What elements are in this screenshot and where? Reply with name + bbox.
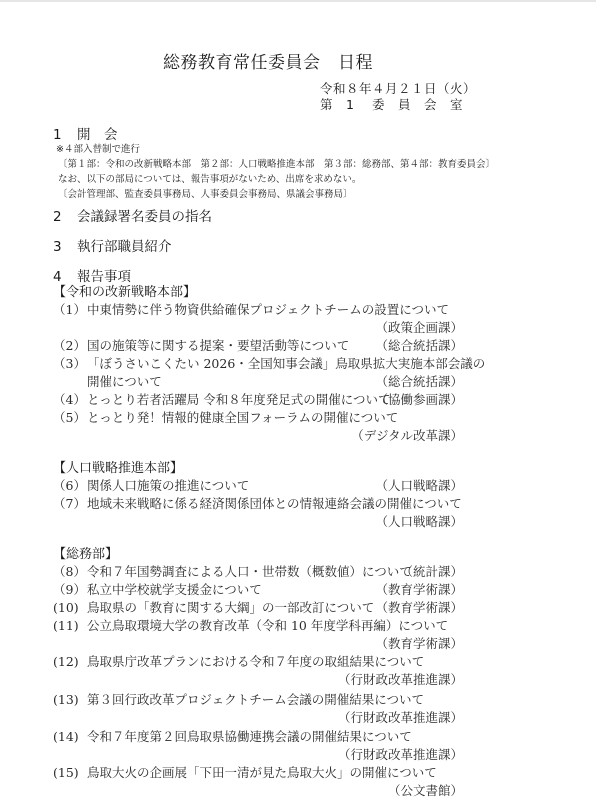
section-1-note: なお、以下の部局については、報告事項がないため、出席を求めない。 [58, 171, 361, 185]
list-item: (15)鳥取大火の企画展「下田一清が見た鳥取大火」の開催について [53, 763, 437, 781]
item-text: 鳥取県庁改革プランにおける令和７年度の取組結果について [87, 654, 424, 669]
item-text: 私立中学校就学支援金について [87, 582, 262, 597]
item-index: （7） [53, 494, 87, 512]
item-index: （2） [53, 336, 87, 354]
item-dept: （協働参画課） [375, 390, 463, 408]
list-item: （1）中東情勢に伴う物資供給確保プロジェクトチームの設置について [53, 300, 449, 318]
item-text: 「ぼうさいこくたい 2026・全国知事会議」鳥取県拡大実施本部会議の [87, 356, 485, 371]
item-dept: （教育学術課） [375, 634, 463, 652]
item-index: （3） [53, 354, 87, 372]
page-title: 総務教育常任委員会 日程 [163, 48, 373, 73]
list-item: （5）とっとり発！情報的健康全国フォーラムの開催について [53, 408, 398, 426]
list-item: (13)第３回行政改革プロジェクトチーム会議の開催結果について [53, 690, 424, 708]
room-char: 第 [320, 95, 346, 113]
list-item: （7）地域未来戦略に係る経済関係団体との情報連絡会議の開催について [53, 494, 462, 512]
item-text: とっとり若者活躍局 令和８年度発足式の開催について [87, 392, 390, 407]
item-dept: （公文書館） [388, 781, 463, 799]
item-text: 関係人口施策の推進について [87, 478, 249, 493]
section-2-heading: 2会議録署名委員の指名 [53, 205, 212, 225]
section-number: 2 [53, 209, 77, 225]
item-dept: （行財政改革推進課） [338, 745, 463, 763]
item-dept: （人口戦略課） [375, 512, 463, 530]
list-item: （2）国の施策等に関する提案・要望活動等について [53, 336, 349, 354]
room-char: 委 [372, 95, 398, 113]
room-char: 会 [424, 95, 450, 113]
room-char: 1 [346, 97, 372, 112]
list-item: (12)鳥取県庁改革プランにおける令和７年度の取組結果について [53, 652, 424, 670]
item-dept: （統計課） [400, 562, 463, 580]
item-index: （5） [53, 408, 87, 426]
item-index: (12) [53, 654, 87, 669]
item-text: とっとり発！情報的健康全国フォーラムの開催について [87, 410, 398, 425]
section-title: 執行部職員紹介 [77, 239, 172, 255]
section-1-note: 〔第１部：令和の改新戦略本部 第２部：人口戦略推進本部 第３部：総務部、第４部：… [58, 156, 495, 170]
list-item: （3）「ぼうさいこくたい 2026・全国知事会議」鳥取県拡大実施本部会議の [53, 354, 485, 372]
item-index: (15) [53, 765, 87, 780]
top-border [0, 0, 596, 2]
list-item: （4）とっとり若者活躍局 令和８年度発足式の開催について [53, 390, 390, 408]
item-index: （8） [53, 562, 87, 580]
section-1-heading: 1開 会 [53, 123, 118, 143]
item-index: (11) [53, 618, 87, 633]
group-heading: 【令和の改新戦略本部】 [53, 281, 196, 300]
item-index: （4） [53, 390, 87, 408]
item-dept: （行財政改革推進課） [338, 670, 463, 688]
room-char: 室 [450, 95, 476, 113]
item-index: (10) [53, 600, 87, 615]
item-dept: （行財政改革推進課） [338, 708, 463, 726]
item-continuation: 開催について [87, 372, 162, 390]
item-text: 公立鳥取環境大学の教育改革（令和 10 年度学科再編）について [87, 618, 448, 633]
item-dept: （教育学術課） [375, 580, 463, 598]
room-char: 員 [398, 95, 424, 113]
item-text: 鳥取県の「教育に関する大綱」の一部改訂について [87, 600, 374, 615]
meeting-room: 第1委員会室 [320, 95, 476, 113]
list-item: （9）私立中学校就学支援金について [53, 580, 262, 598]
item-dept: （デジタル改革課） [351, 426, 463, 444]
section-3-heading: 3執行部職員紹介 [53, 235, 172, 255]
list-item: (10)鳥取県の「教育に関する大綱」の一部改訂について [53, 598, 374, 616]
section-title: 会議録署名委員の指名 [77, 209, 212, 225]
list-item: （6）関係人口施策の推進について [53, 476, 249, 494]
section-1-note: 〔会計管理部、監査委員事務局、人事委員会事務局、県議会事務局〕 [58, 186, 353, 200]
group-heading: 【人口戦略推進本部】 [53, 457, 183, 476]
group-heading: 【総務部】 [53, 543, 118, 562]
item-text: 国の施策等に関する提案・要望活動等について [87, 338, 349, 353]
item-dept: （総合統括課） [375, 336, 463, 354]
item-dept: （教育学術課） [375, 598, 463, 616]
section-1-note: ※４部入替制で進行 [56, 141, 140, 155]
item-index: (13) [53, 692, 87, 707]
item-text: 第３回行政改革プロジェクトチーム会議の開催結果について [87, 692, 424, 707]
list-item: （8）令和７年国勢調査による人口・世帯数（概数値）について [53, 562, 412, 580]
item-index: （1） [53, 300, 87, 318]
section-number: 3 [53, 239, 77, 255]
item-text: 令和７年国勢調査による人口・世帯数（概数値）について [87, 564, 412, 579]
item-dept: （人口戦略課） [375, 476, 463, 494]
item-index: （9） [53, 580, 87, 598]
item-text: 地域未来戦略に係る経済関係団体との情報連絡会議の開催について [87, 496, 462, 511]
list-item: (11)公立鳥取環境大学の教育改革（令和 10 年度学科再編）について [53, 616, 448, 634]
item-dept: （政策企画課） [375, 318, 463, 336]
list-item: (14)令和７年度第２回鳥取県協働連携会議の開催結果について [53, 727, 412, 745]
item-index: (14) [53, 729, 87, 744]
item-text: 令和７年度第２回鳥取県協働連携会議の開催結果について [87, 729, 412, 744]
item-index: （6） [53, 476, 87, 494]
item-text: 鳥取大火の企画展「下田一清が見た鳥取大火」の開催について [87, 765, 437, 780]
item-text: 中東情勢に伴う物資供給確保プロジェクトチームの設置について [87, 302, 449, 317]
item-dept: （総合統括課） [375, 372, 463, 390]
